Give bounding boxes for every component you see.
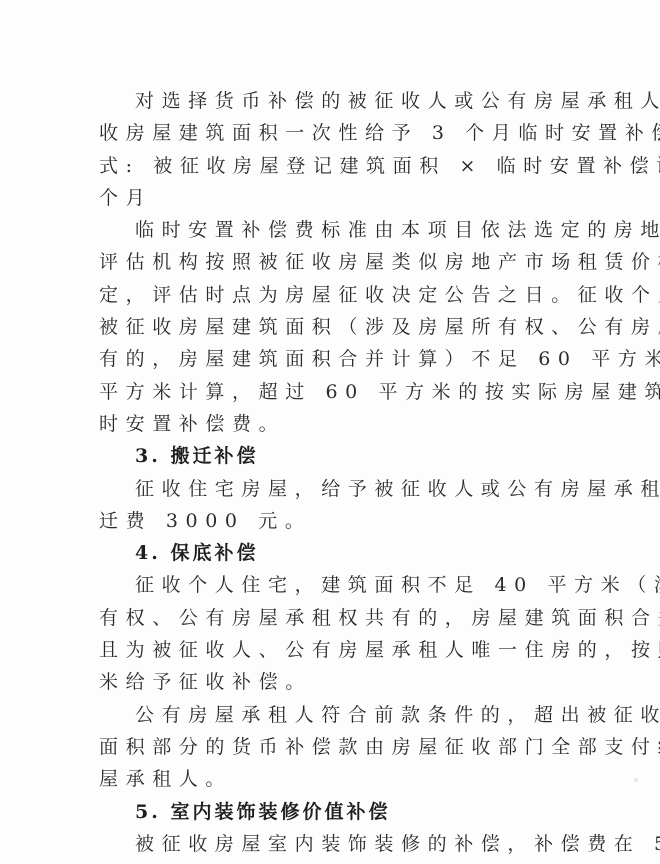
text-line: 定，评估时点为房屋征收决定公告之日。征收个人住宅房屋， <box>99 279 561 311</box>
text-line: 个月 <box>99 182 561 214</box>
paragraph-relocation: 征收住宅房屋，给予被征收人或公有房屋承租人房屋搬 迁费 3000 元。 <box>99 473 569 538</box>
text-line: 有权、公有房屋承租权共有的，房屋建筑面积合并计算）， <box>99 602 561 634</box>
text-line: 且为被征收人、公有房屋承租人唯一住房的，按照 40 平方 <box>99 634 561 666</box>
text-line: 有的，房屋建筑面积合并计算）不足 60 平方米的，按照 60 <box>99 343 561 375</box>
section-heading-interior-decoration: 5. 室内装饰装修价值补偿 <box>99 796 561 828</box>
text-line: 征收住宅房屋，给予被征收人或公有房屋承租人房屋搬 <box>99 473 561 505</box>
document-page: 对选择货币补偿的被征收人或公有房屋承租人，按被征 收房屋建筑面积一次性给予 3 … <box>0 0 660 864</box>
text-line: 时安置补偿费。 <box>99 408 561 440</box>
section-heading-minimum-compensation: 4. 保底补偿 <box>99 537 561 569</box>
text-line: 评估机构按照被征收房屋类似房地产市场租赁价格评估确 <box>99 246 561 278</box>
text-line: 征收个人住宅，建筑面积不足 40 平方米（涉及房屋所 <box>99 569 561 601</box>
paragraph-temporary-resettlement-formula: 对选择货币补偿的被征收人或公有房屋承租人，按被征 收房屋建筑面积一次性给予 3 … <box>99 85 569 214</box>
document-body: 对选择货币补偿的被征收人或公有房屋承租人，按被征 收房屋建筑面积一次性给予 3 … <box>99 85 569 860</box>
paragraph-temporary-resettlement-standard: 临时安置补偿费标准由本项目依法选定的房地产价格 评估机构按照被征收房屋类似房地产… <box>99 214 569 440</box>
text-line: 被征收房屋建筑面积（涉及房屋所有权、公有房屋承租权共 <box>99 311 561 343</box>
paragraph-interior-decoration: 被征收房屋室内装饰装修的补偿，补偿费在 500 元/平 <box>99 828 569 860</box>
text-line: 对选择货币补偿的被征收人或公有房屋承租人，按被征 <box>99 85 561 117</box>
section-heading-relocation: 3. 搬迁补偿 <box>99 440 561 472</box>
scan-artifact <box>634 778 638 782</box>
paragraph-minimum-compensation: 征收个人住宅，建筑面积不足 40 平方米（涉及房屋所 有权、公有房屋承租权共有的… <box>99 569 569 698</box>
text-line: 平方米计算，超过 60 平方米的按实际房屋建筑面积计算临 <box>99 376 561 408</box>
text-line: 式: 被征收房屋登记建筑面积 × 临时安置补偿评估单价 × 3 <box>99 150 561 182</box>
text-line: 收房屋建筑面积一次性给予 3 个月临时安置补偿费。计算方 <box>99 117 561 149</box>
text-line: 面积部分的货币补偿款由房屋征收部门全部支付给公有房 <box>99 731 561 763</box>
text-line: 临时安置补偿费标准由本项目依法选定的房地产价格 <box>99 214 561 246</box>
text-line: 米给予征收补偿。 <box>99 666 561 698</box>
text-line: 公有房屋承租人符合前款条件的，超出被征收房屋建筑 <box>99 699 561 731</box>
text-line: 屋承租人。 <box>99 763 561 795</box>
text-line: 被征收房屋室内装饰装修的补偿，补偿费在 500 元/平 <box>99 828 561 860</box>
paragraph-public-housing-tenant: 公有房屋承租人符合前款条件的，超出被征收房屋建筑 面积部分的货币补偿款由房屋征收… <box>99 699 569 796</box>
text-line: 迁费 3000 元。 <box>99 505 561 537</box>
